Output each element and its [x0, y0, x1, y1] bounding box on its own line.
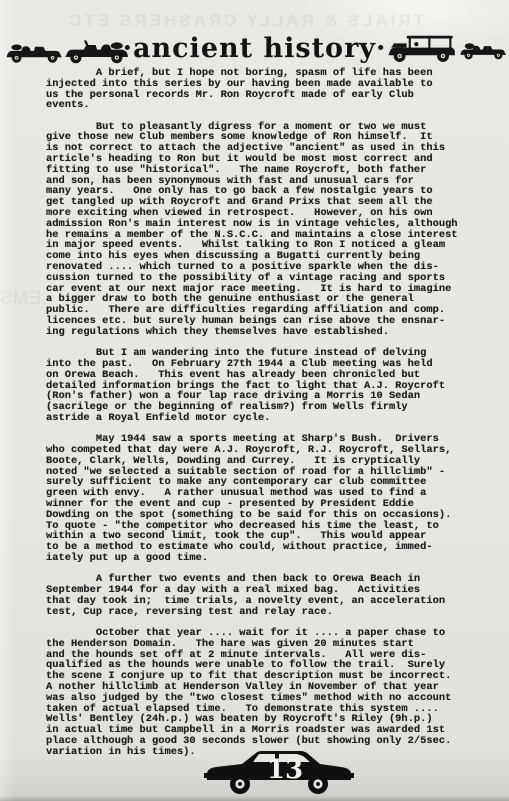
show-through-text: TRIALS & RALLY CRASHERS ETC — [88, 11, 424, 31]
vintage-car-icon — [459, 34, 507, 67]
article-body: A brief, but I hope not boring, spasm of… — [46, 68, 482, 768]
page-number: 13 — [267, 755, 303, 785]
article-paragraph: A brief, but I hope not boring, spasm of… — [46, 68, 482, 111]
page-edge-shadow — [0, 796, 509, 801]
vintage-car-icon — [5, 37, 63, 67]
article-paragraph: October that year .... wait for it .... … — [46, 628, 482, 758]
article-paragraph: But to pleasantly digress for a moment o… — [46, 122, 482, 338]
vintage-car-icon — [387, 31, 457, 67]
show-through-text-side: PROBLEMS — [0, 288, 46, 314]
article-paragraph: But I am wandering into the future inste… — [46, 348, 482, 424]
newsletter-page: TRIALS & RALLY CRASHERS ETC PROBLEMS ·an… — [0, 0, 509, 801]
race-car-page-number-illustration: 13 — [202, 743, 356, 797]
article-paragraph: A further two events and then back to Or… — [46, 574, 482, 617]
article-paragraph: May 1944 saw a sports meeting at Sharp's… — [46, 434, 482, 564]
vintage-car-icon — [64, 35, 130, 67]
